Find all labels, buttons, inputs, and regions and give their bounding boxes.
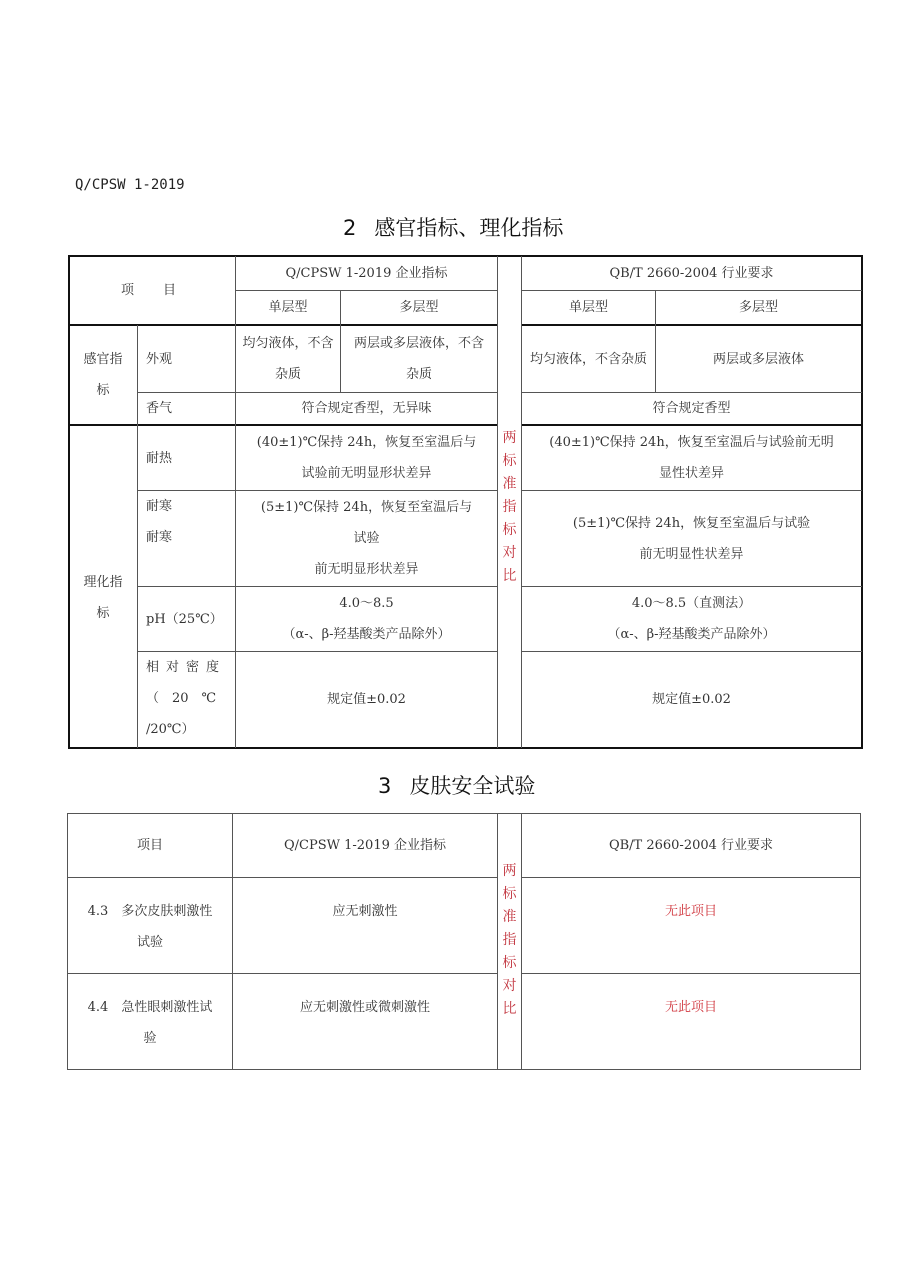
table-border xyxy=(68,747,863,749)
compare-char: 比 xyxy=(503,998,517,1021)
ent-aroma: 符合规定香型，无异味 xyxy=(236,393,497,424)
section-number: 2 xyxy=(343,216,356,240)
enterprise-header: Q/CPSW 1-2019 企业指标 xyxy=(236,257,497,290)
group-physchem: 理化指标 xyxy=(72,426,134,747)
industry-header: QB/T 2660-2004 行业要求 xyxy=(522,814,860,877)
compare-label: 两 标 准 指 标 对 比 xyxy=(498,858,521,1022)
density-label-line: /20℃） xyxy=(146,714,194,745)
ind-cold: (5±1)℃保持 24h，恢复至室温后与试验 前无明显性状差异 xyxy=(522,491,861,586)
row-label-aroma: 香气 xyxy=(138,393,235,424)
ent-heat-line: (40±1)℃保持 24h，恢复至室温后与 xyxy=(257,427,476,458)
ent-ph-line: （α-、β-羟基酸类产品除外） xyxy=(282,619,450,650)
ent-multi-appearance: 两层或多层液体，不含杂质 xyxy=(341,326,497,392)
item-line: 验 xyxy=(143,1023,156,1054)
ent-single-appearance: 均匀液体，不含杂质 xyxy=(236,326,340,392)
ind-ph-line: 4.0～8.5（直测法） xyxy=(632,588,751,619)
row-label-density: 相对密度 （ 20 ℃ /20℃） xyxy=(138,652,235,747)
industry-header: QB/T 2660-2004 行业要求 xyxy=(522,257,861,290)
enterprise-multi-header: 多层型 xyxy=(341,291,497,324)
ind-aroma: 符合规定香型 xyxy=(522,393,861,424)
item-line: 4.4 急性眼刺激性试 xyxy=(88,992,213,1023)
enterprise-header: Q/CPSW 1-2019 企业指标 xyxy=(233,814,497,877)
row-item-4-4: 4.4 急性眼刺激性试 验 xyxy=(68,974,232,1069)
compare-char: 标 xyxy=(503,883,517,906)
section-title: 感官指标、理化指标 xyxy=(374,216,563,240)
ent-density: 规定值±0.02 xyxy=(236,652,497,747)
compare-char: 标 xyxy=(503,450,517,473)
ent-cold: (5±1)℃保持 24h，恢复至室温后与 试验 前无明显形状差异 xyxy=(236,491,497,586)
ind-heat: (40±1)℃保持 24h，恢复至室温后与试验前无明 显性状差异 xyxy=(522,426,861,490)
compare-char: 两 xyxy=(503,860,517,883)
row-label-heat: 耐热 xyxy=(138,426,235,490)
table-border xyxy=(861,255,863,749)
group-sensory: 感官指标 xyxy=(72,326,134,424)
compare-char: 标 xyxy=(503,519,517,542)
item-header: 项 目 xyxy=(70,257,235,324)
ind-ph-line: （α-、β-羟基酸类产品除外） xyxy=(607,619,775,650)
row-label-appearance: 外观 xyxy=(138,326,235,392)
ind-cold-line: 前无明显性状差异 xyxy=(639,539,743,570)
table-border xyxy=(67,1069,861,1070)
compare-label: 两 标 准 指 标 对 比 xyxy=(498,426,521,588)
section-title: 皮肤安全试验 xyxy=(409,774,535,798)
ent-ph-line: 4.0～8.5 xyxy=(339,588,393,619)
row-item-4-3: 4.3 多次皮肤刺激性 试验 xyxy=(68,878,232,973)
table-border xyxy=(68,255,70,749)
ind-cold-line: (5±1)℃保持 24h，恢复至室温后与试验 xyxy=(573,508,810,539)
enterprise-single-header: 单层型 xyxy=(236,291,340,324)
compare-char: 准 xyxy=(503,473,517,496)
industry-multi-header: 多层型 xyxy=(656,291,861,324)
section-2-heading: 2感官指标、理化指标 xyxy=(343,212,563,242)
ind-heat-line: (40±1)℃保持 24h，恢复至室温后与试验前无明 xyxy=(549,427,833,458)
ent-cold-line: 试验 xyxy=(353,523,379,554)
cold-label-line: 耐寒 xyxy=(146,522,172,553)
compare-char: 准 xyxy=(503,906,517,929)
ent-ph: 4.0～8.5 （α-、β-羟基酸类产品除外） xyxy=(236,587,497,651)
table-border xyxy=(860,813,861,1070)
compare-char: 指 xyxy=(503,496,517,519)
density-label-line: 相对密度 xyxy=(146,652,226,683)
compare-char: 标 xyxy=(503,952,517,975)
ind-ph: 4.0～8.5（直测法） （α-、β-羟基酸类产品除外） xyxy=(522,587,861,651)
ind-multi-appearance: 两层或多层液体 xyxy=(656,326,861,392)
industry-single-header: 单层型 xyxy=(522,291,655,324)
ent-cold-line: 前无明显形状差异 xyxy=(314,554,418,585)
item-line: 4.3 多次皮肤刺激性 xyxy=(88,896,213,927)
ent-4-4: 应无刺激性或微刺激性 xyxy=(233,974,497,1069)
compare-char: 指 xyxy=(503,929,517,952)
compare-char: 比 xyxy=(503,565,517,588)
ent-cold-line: (5±1)℃保持 24h，恢复至室温后与 xyxy=(261,492,472,523)
ind-density: 规定值±0.02 xyxy=(522,652,861,747)
row-label-cold: 耐寒 耐寒 xyxy=(138,491,235,586)
item-header: 项目 xyxy=(68,814,232,877)
ind-single-appearance: 均匀液体，不含杂质 xyxy=(522,326,655,392)
ind-4-3: 无此项目 xyxy=(522,878,860,973)
density-label-line: （ 20 ℃ xyxy=(146,683,216,714)
document-id: Q/CPSW 1-2019 xyxy=(75,177,185,193)
compare-char: 两 xyxy=(503,427,517,450)
section-number: 3 xyxy=(378,774,391,798)
compare-char: 对 xyxy=(503,975,517,998)
ent-heat-line: 试验前无明显形状差异 xyxy=(301,458,431,489)
ind-heat-line: 显性状差异 xyxy=(659,458,724,489)
section-3-heading: 3皮肤安全试验 xyxy=(378,770,535,800)
compare-char: 对 xyxy=(503,542,517,565)
cold-label-line: 耐寒 xyxy=(146,491,172,522)
item-line: 试验 xyxy=(137,927,163,958)
ind-4-4: 无此项目 xyxy=(522,974,860,1069)
ent-heat: (40±1)℃保持 24h，恢复至室温后与 试验前无明显形状差异 xyxy=(236,426,497,490)
row-label-ph: pH（25℃） xyxy=(138,587,235,651)
ent-4-3: 应无刺激性 xyxy=(233,878,497,973)
